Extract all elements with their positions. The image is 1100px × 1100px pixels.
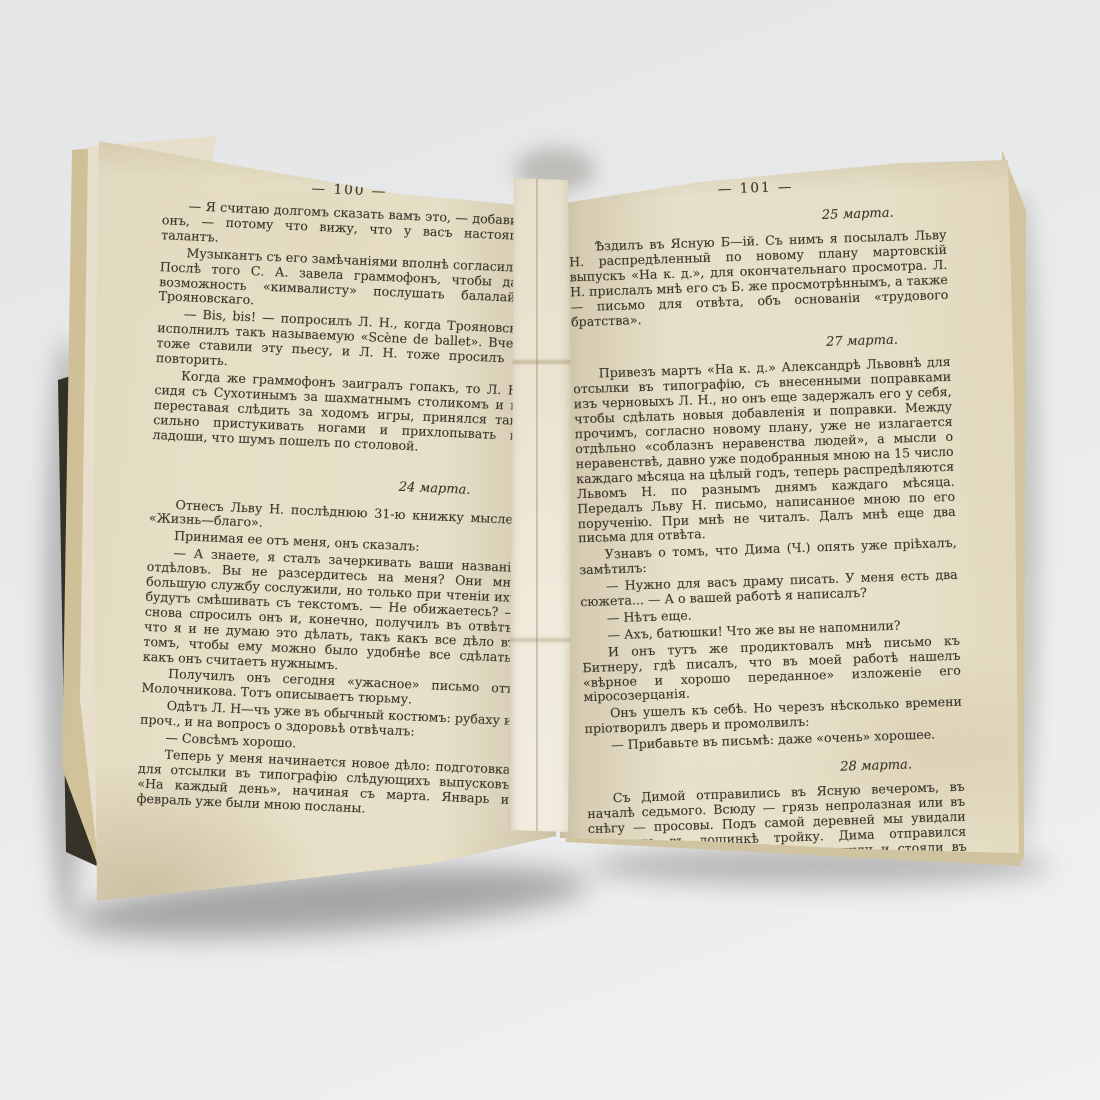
diary-paragraph: И онъ тутъ же продиктовалъ мнѣ письмо къ… — [582, 633, 962, 705]
diary-paragraph: Когда же граммофонъ заигралъ гопакъ, то … — [152, 368, 527, 459]
diary-paragraph: Ѣздилъ въ Ясную Б—ій. Съ нимъ я посылалъ… — [568, 228, 949, 330]
date-heading: 27 марта. — [572, 333, 898, 360]
left-page-text: — 100 — — Я считаю долгомъ сказать вамъ … — [136, 174, 535, 822]
diary-paragraph: Привезъ мартъ «На к. д.» Александрѣ Льво… — [573, 355, 957, 546]
date-heading: 24 марта. — [150, 468, 470, 498]
right-page-text: — 101 — 25 марта. Ѣздилъ въ Ясную Б—ій. … — [567, 174, 968, 882]
page-number-right: — 101 — — [567, 174, 945, 203]
tape-crease — [506, 638, 574, 642]
date-heading: 25 марта. — [568, 206, 894, 233]
diary-paragraph: — А знаете, я сталъ зачеркивать ваши наз… — [143, 545, 520, 680]
book-photo: — 100 — — Я считаю долгомъ сказать вамъ … — [0, 0, 1100, 1100]
date-heading: 28 марта. — [586, 757, 912, 784]
tape-vertical-crease — [536, 176, 538, 834]
tape-crease — [506, 360, 574, 364]
repair-tape-strip — [506, 176, 574, 834]
